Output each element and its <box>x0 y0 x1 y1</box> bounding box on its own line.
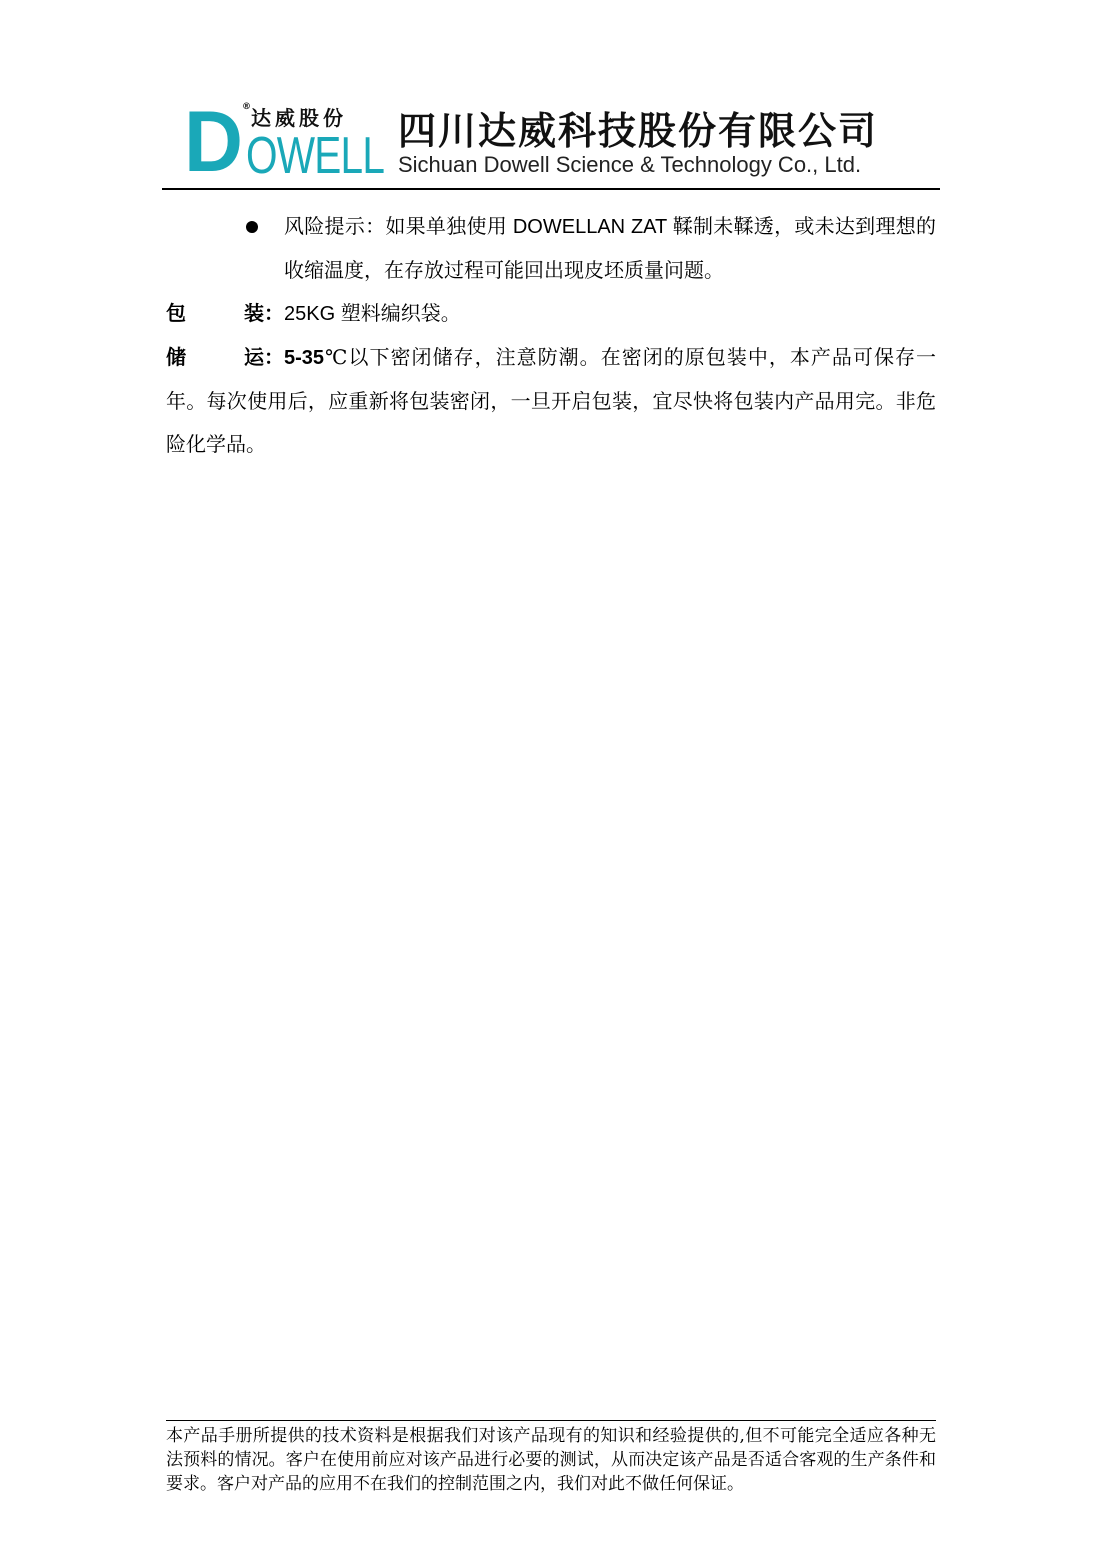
packaging-label-2: 装： <box>244 292 284 335</box>
footer-disclaimer: 本产品手册所提供的技术资料是根据我们对该产品现有的知识和经验提供的,但不可能完全… <box>166 1424 936 1496</box>
company-name-chinese: 四川达威科技股份有限公司 <box>398 100 878 155</box>
packaging-label-1: 包 <box>166 292 244 335</box>
bullet-icon <box>246 221 258 233</box>
logo-owell-text: OWELL <box>246 130 384 182</box>
storage-label-1: 储 <box>166 336 244 379</box>
page-header: D ®达威股份 OWELL 四川达威科技股份有限公司 Sichuan Dowel… <box>162 96 940 188</box>
storage-label-2: 运： <box>244 336 284 379</box>
packaging-value: 塑料编织袋。 <box>341 301 461 325</box>
logo-letter-d: D <box>184 102 243 182</box>
footer-divider <box>166 1420 936 1421</box>
product-name: DOWELLAN ZAT <box>507 216 673 238</box>
storage-section: 储运：5-35℃以下密闭储存，注意防潮。在密闭的原包装中，本产品可保存一年。每次… <box>166 336 936 466</box>
risk-warning-item: 风险提示：如果单独使用 DOWELLAN ZAT 鞣制未鞣透，或未达到理想的收缩… <box>166 205 936 292</box>
header-divider <box>162 188 940 190</box>
company-name-english: Sichuan Dowell Science & Technology Co.,… <box>398 152 861 178</box>
dowell-logo: D ®达威股份 OWELL <box>184 100 364 184</box>
packaging-section: 包装：25KG 塑料编织袋。 <box>166 292 936 336</box>
document-body: 风险提示：如果单独使用 DOWELLAN ZAT 鞣制未鞣透，或未达到理想的收缩… <box>166 205 936 466</box>
registered-mark-icon: ® <box>242 102 251 112</box>
